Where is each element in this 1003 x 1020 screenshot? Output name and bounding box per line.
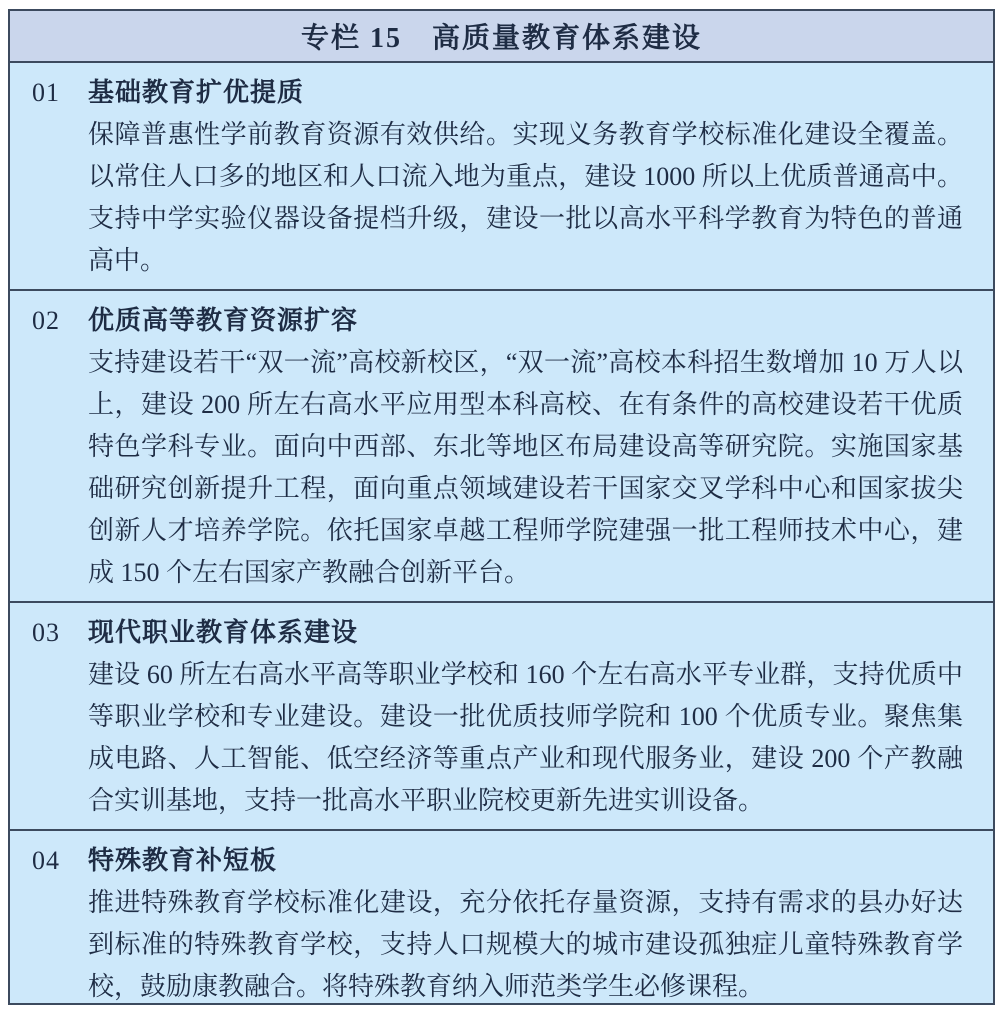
section-number: 03 — [32, 612, 88, 654]
section-special-education: 04 特殊教育补短板 推进特殊教育学校标准化建设，充分依托存量资源，支持有需求的… — [10, 829, 993, 1005]
section-body-text: 建设 60 所左右高水平高等职业学校和 160 个左右高水平专业群，支持优质中等… — [88, 654, 963, 822]
section-head: 03 现代职业教育体系建设 — [32, 612, 963, 654]
section-vocational-education: 03 现代职业教育体系建设 建设 60 所左右高水平高等职业学校和 160 个左… — [10, 601, 993, 829]
section-body-text: 推进特殊教育学校标准化建设，充分依托存量资源，支持有需求的县办好达到标准的特殊教… — [88, 882, 963, 1005]
section-body-text: 保障普惠性学前教育资源有效供给。实现义务教育学校标准化建设全覆盖。以常住人口多的… — [88, 114, 963, 282]
section-number: 04 — [32, 840, 88, 882]
section-number: 01 — [32, 72, 88, 114]
section-title: 优质高等教育资源扩容 — [88, 300, 358, 342]
section-body-text: 支持建设若干“双一流”高校新校区，“双一流”高校本科招生数增加 10 万人以上，… — [88, 342, 963, 594]
section-head: 04 特殊教育补短板 — [32, 840, 963, 882]
panel-body: 01 基础教育扩优提质 保障普惠性学前教育资源有效供给。实现义务教育学校标准化建… — [10, 63, 993, 1005]
section-title: 现代职业教育体系建设 — [88, 612, 358, 654]
section-head: 01 基础教育扩优提质 — [32, 72, 963, 114]
section-higher-education: 02 优质高等教育资源扩容 支持建设若干“双一流”高校新校区，“双一流”高校本科… — [10, 289, 993, 601]
panel-header: 专栏 15 高质量教育体系建设 — [10, 11, 993, 63]
document-page: 专栏 15 高质量教育体系建设 01 基础教育扩优提质 保障普惠性学前教育资源有… — [0, 0, 1003, 1020]
section-basic-education: 01 基础教育扩优提质 保障普惠性学前教育资源有效供给。实现义务教育学校标准化建… — [10, 63, 993, 289]
section-head: 02 优质高等教育资源扩容 — [32, 300, 963, 342]
section-number: 02 — [32, 300, 88, 342]
policy-box-panel: 专栏 15 高质量教育体系建设 01 基础教育扩优提质 保障普惠性学前教育资源有… — [8, 9, 995, 1005]
section-title: 基础教育扩优提质 — [88, 72, 304, 114]
section-title: 特殊教育补短板 — [88, 840, 277, 882]
panel-title: 专栏 15 高质量教育体系建设 — [301, 16, 702, 56]
